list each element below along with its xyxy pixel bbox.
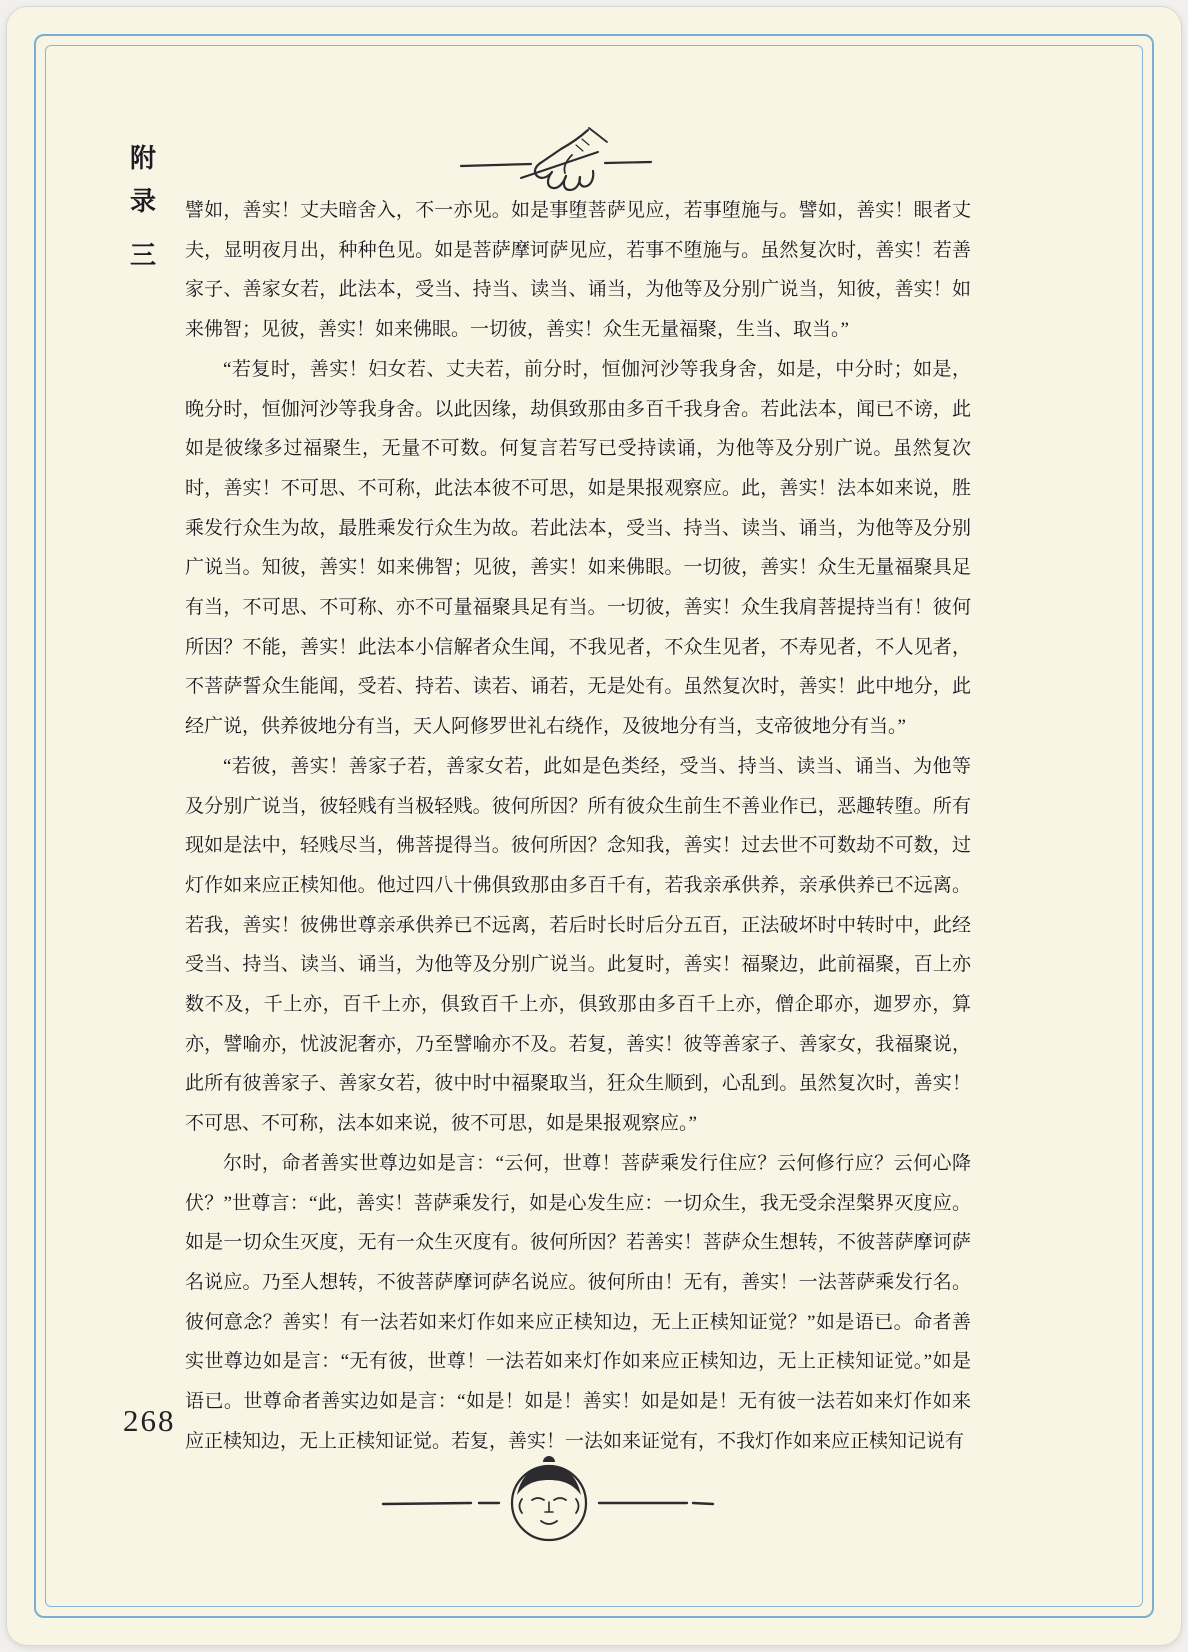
sutra-paragraph-1: 譬如，善实！丈夫暗舍入，不一亦见。如是事堕菩萨见应，若事堕施与。譬如，善实！眼者… <box>185 191 971 350</box>
margin-char-1: 附 <box>126 137 160 180</box>
buddha-medallion-icon <box>375 1445 725 1557</box>
sutra-paragraph-3: “若彼，善实！善家子若，善家女若，此如是色类经，受当、持当、读当、诵当、为他等及… <box>185 747 971 1144</box>
sutra-paragraph-2: “若复时，善实！妇女若、丈夫若，前分时，恒伽河沙等我身舍，如是，中分时；如是，晚… <box>185 350 971 747</box>
page-number: 268 <box>123 1403 176 1439</box>
page-card: 附 录 三 譬如，善实！丈夫暗舍入，不一亦见。如是事堕菩萨见应，若事堕施与。譬如… <box>7 7 1181 1645</box>
sutra-text-block: 譬如，善实！丈夫暗舍入，不一亦见。如是事堕菩萨见应，若事堕施与。譬如，善实！眼者… <box>185 191 971 1462</box>
margin-appendix-label: 附 录 三 <box>126 137 160 277</box>
margin-char-3: 三 <box>126 234 160 277</box>
sutra-paragraph-4: 尔时，命者善实世尊边如是言：“云何，世尊！菩萨乘发行住应？云何修行应？云何心降伏… <box>185 1144 971 1462</box>
margin-char-2: 录 <box>126 180 160 223</box>
scanned-book-page: { "margin_label": { "chars": ["附", "录", … <box>0 0 1188 1652</box>
